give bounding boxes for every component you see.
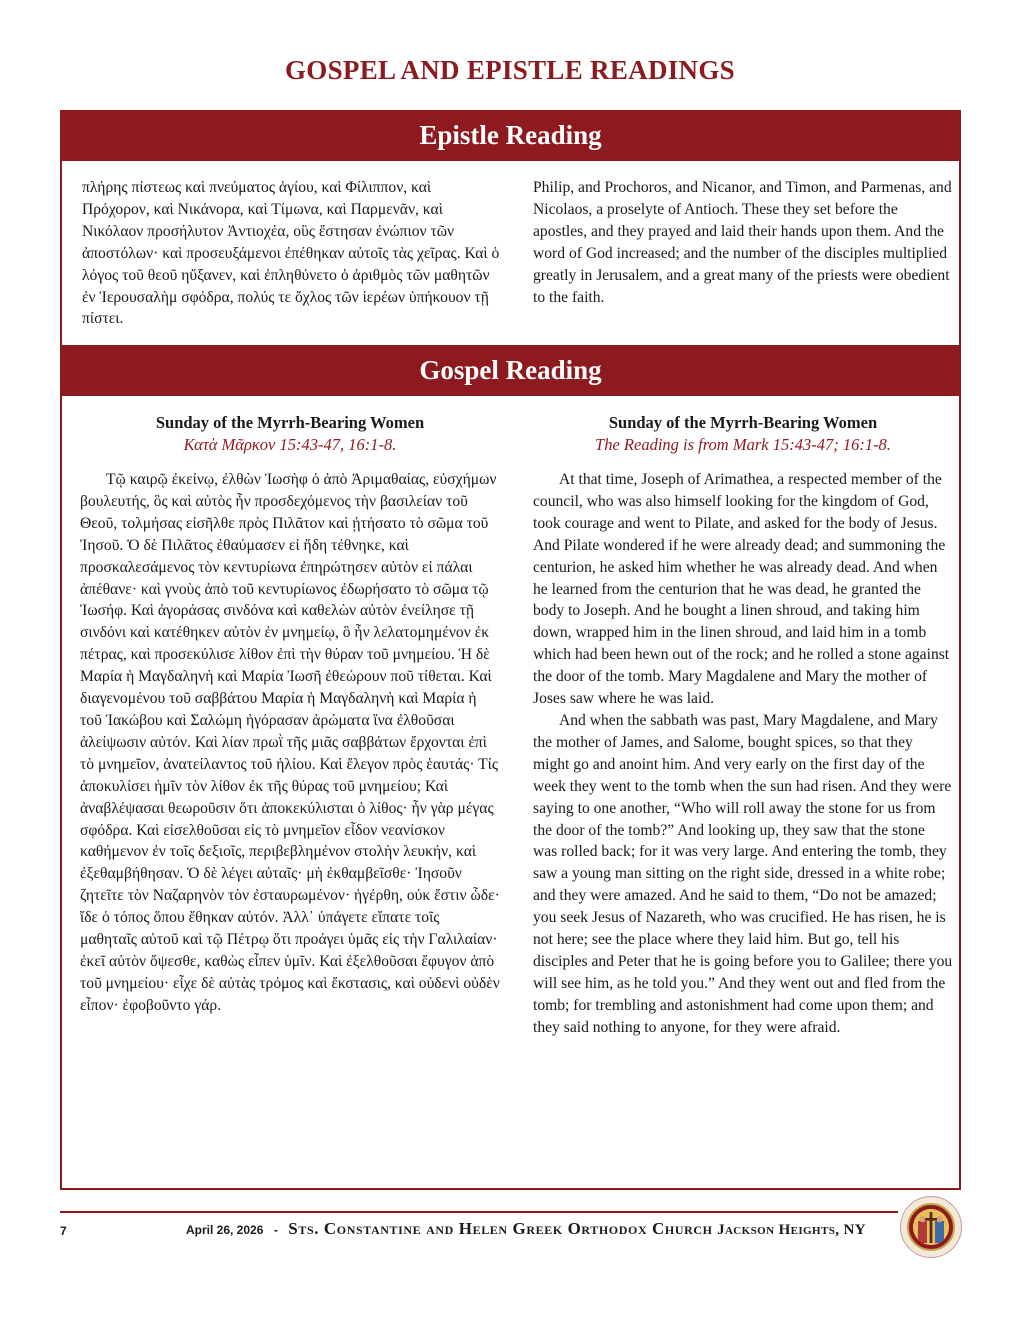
gospel-english-title: Sunday of the Myrrh-Bearing Women	[533, 412, 953, 434]
gospel-greek-header: Sunday of the Myrrh-Bearing Women Κατὰ Μ…	[80, 412, 500, 456]
gospel-english-reference: The Reading is from Mark 15:43-47; 16:1-…	[533, 434, 953, 456]
gospel-greek-title: Sunday of the Myrrh-Bearing Women	[80, 412, 500, 434]
gospel-english-header: Sunday of the Myrrh-Bearing Women The Re…	[533, 412, 953, 456]
gospel-greek-reference: Κατὰ Μᾶρκον 15:43-47, 16:1-8.	[80, 434, 500, 456]
footer-separator: -	[274, 1223, 278, 1237]
gospel-heading: Gospel Reading	[60, 345, 961, 396]
gospel-english-paragraph: At that time, Joseph of Arimathea, a res…	[533, 469, 953, 710]
epistle-english-column: Philip, and Prochoros, and Nicanor, and …	[533, 177, 953, 308]
gospel-english-paragraph: And when the sabbath was past, Mary Magd…	[533, 710, 953, 1039]
epistle-greek-text: πλήρης πίστεως καὶ πνεύματος ἁγίου, καὶ …	[82, 177, 502, 330]
epistle-english-text: Philip, and Prochoros, and Nicanor, and …	[533, 177, 953, 308]
footer-date: April 26, 2026	[186, 1223, 263, 1237]
footer-location: Jackson Heights, NY	[717, 1222, 866, 1238]
page-title: GOSPEL AND EPISTLE READINGS	[0, 55, 1020, 86]
epistle-greek-column: πλήρης πίστεως καὶ πνεύματος ἁγίου, καὶ …	[82, 177, 502, 330]
footer-divider	[60, 1211, 898, 1213]
page-number: 7	[60, 1224, 67, 1238]
epistle-heading: Epistle Reading	[60, 110, 961, 161]
gospel-english-column: Sunday of the Myrrh-Bearing Women The Re…	[533, 412, 953, 1039]
gospel-greek-paragraph: Τῷ καιρῷ ἐκείνῳ, ἐλθὼν Ἰωσὴφ ὁ ἀπὸ Ἀριμα…	[80, 469, 500, 1017]
footer-publication-line: April 26, 2026 - Sts. Constantine and He…	[186, 1219, 866, 1239]
church-seal-icon	[900, 1196, 962, 1258]
footer-church-name: Sts. Constantine and Helen Greek Orthodo…	[288, 1219, 712, 1238]
gospel-greek-column: Sunday of the Myrrh-Bearing Women Κατὰ Μ…	[80, 412, 500, 1017]
